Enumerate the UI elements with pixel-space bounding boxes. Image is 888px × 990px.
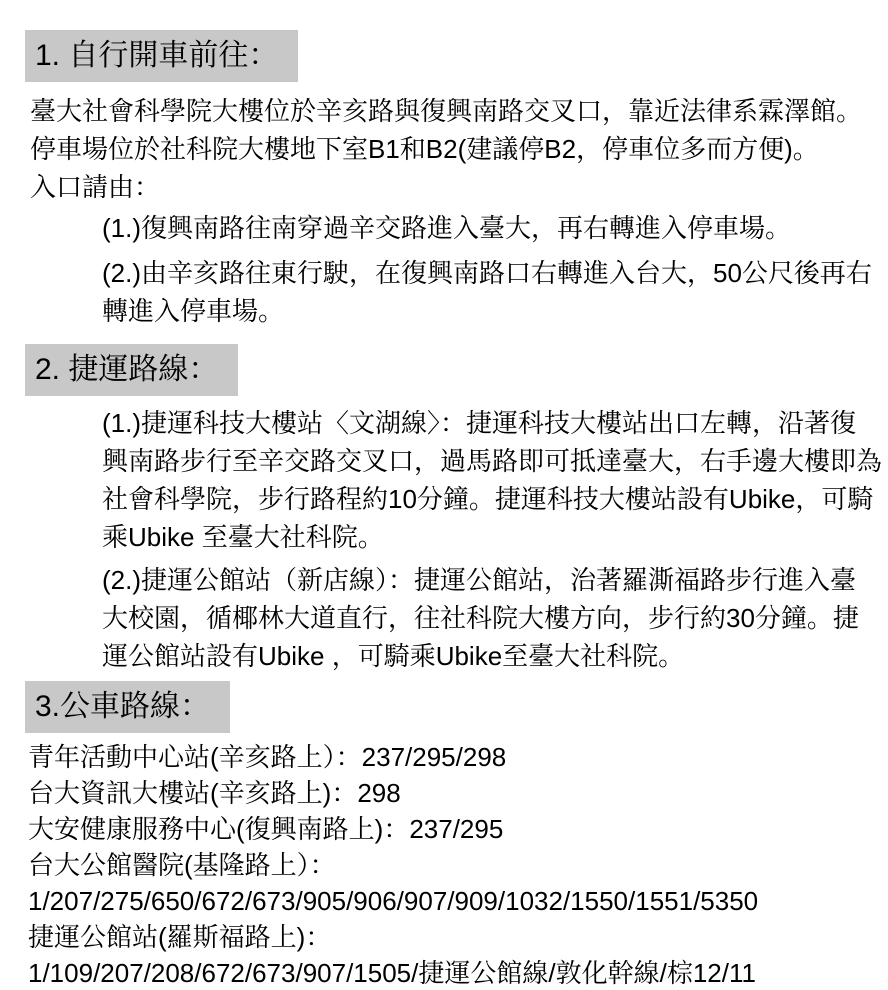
bus-line: 台大資訊大樓站(辛亥路上)：298 xyxy=(28,775,872,811)
document-page: 1. 自行開車前往： 臺大社會科學院大樓位於辛亥路與復興南路交叉口，靠近法律系霖… xyxy=(0,0,888,990)
bus-line: 台大公館醫院(基隆路上）： xyxy=(28,847,872,883)
section-heading-row: 1. 自行開車前往： xyxy=(25,30,872,82)
paragraph-line: (1.)復興南路往南穿過辛交路進入臺大，再右轉進入停車場。 xyxy=(102,209,872,247)
paragraph-line: 運公館站設有Ubike ，可騎乘Ubike至臺大社科院。 xyxy=(102,637,872,675)
section-mrt-heading: 2. 捷運路線： xyxy=(25,344,238,396)
bus-route-list: 青年活動中心站(辛亥路上）：237/295/298 台大資訊大樓站(辛亥路上)：… xyxy=(28,739,872,990)
section-mrt: 2. 捷運路線： (1.)捷運科技大樓站〈文湖線〉：捷運科技大樓站出口左轉，沿著… xyxy=(25,344,872,675)
numbered-item-2: (2.)捷運公館站（新店線）：捷運公館站，治著羅澌福路步行進入臺 大校園，循椰林… xyxy=(102,561,872,675)
intro-line: 臺大社會科學院大樓位於辛亥路與復興南路交叉口，靠近法律系霖澤館。 xyxy=(30,92,872,130)
section-driving: 1. 自行開車前往： 臺大社會科學院大樓位於辛亥路與復興南路交叉口，靠近法律系霖… xyxy=(25,30,872,330)
section-heading-row: 3.公車路線： xyxy=(25,681,872,733)
numbered-item-1: (1.)復興南路往南穿過辛交路進入臺大，再右轉進入停車場。 xyxy=(102,209,872,247)
paragraph-line: 乘Ubike 至臺大社科院。 xyxy=(102,518,872,556)
intro-line: 入口請由： xyxy=(30,168,872,206)
numbered-item-1: (1.)捷運科技大樓站〈文湖線〉：捷運科技大樓站出口左轉，沿著復 興南路步行至辛… xyxy=(102,404,872,556)
paragraph-line: (2.)由辛亥路往東行駛，在復興南路口右轉進入台大，50公尺後再右 xyxy=(102,254,872,292)
bus-line: 青年活動中心站(辛亥路上）：237/295/298 xyxy=(28,739,872,775)
section-bus: 3.公車路線： 青年活動中心站(辛亥路上）：237/295/298 台大資訊大樓… xyxy=(25,681,872,990)
section-heading-row: 2. 捷運路線： xyxy=(25,344,872,396)
section-driving-intro: 臺大社會科學院大樓位於辛亥路與復興南路交叉口，靠近法律系霖澤館。 停車場位於社科… xyxy=(30,92,872,206)
paragraph-line: 大校園，循椰林大道直行，往社科院大樓方向，步行約30分鐘。捷 xyxy=(102,599,872,637)
bus-line: 大安健康服務中心(復興南路上)：237/295 xyxy=(28,811,872,847)
section-bus-heading: 3.公車路線： xyxy=(25,681,230,733)
paragraph-line: 興南路步行至辛交路交叉口，過馬路即可抵達臺大，右手邊大樓即為 xyxy=(102,442,872,480)
paragraph-line: (2.)捷運公館站（新店線）：捷運公館站，治著羅澌福路步行進入臺 xyxy=(102,561,872,599)
paragraph-line: 轉進入停車場。 xyxy=(102,292,872,330)
bus-line: 捷運公館站(羅斯福路上)： xyxy=(28,919,872,955)
paragraph-line: 社會科學院，步行路程約10分鐘。捷運科技大樓站設有Ubike，可騎 xyxy=(102,480,872,518)
bus-line: 1/109/207/208/672/673/907/1505/捷運公館線/敦化幹… xyxy=(28,955,872,990)
paragraph-line: (1.)捷運科技大樓站〈文湖線〉：捷運科技大樓站出口左轉，沿著復 xyxy=(102,404,872,442)
bus-line: 1/207/275/650/672/673/905/906/907/909/10… xyxy=(28,883,872,919)
intro-line: 停車場位於社科院大樓地下室B1和B2(建議停B2，停車位多而方便)。 xyxy=(30,130,872,168)
numbered-item-2: (2.)由辛亥路往東行駛，在復興南路口右轉進入台大，50公尺後再右 轉進入停車場… xyxy=(102,254,872,330)
section-driving-heading: 1. 自行開車前往： xyxy=(25,30,298,82)
